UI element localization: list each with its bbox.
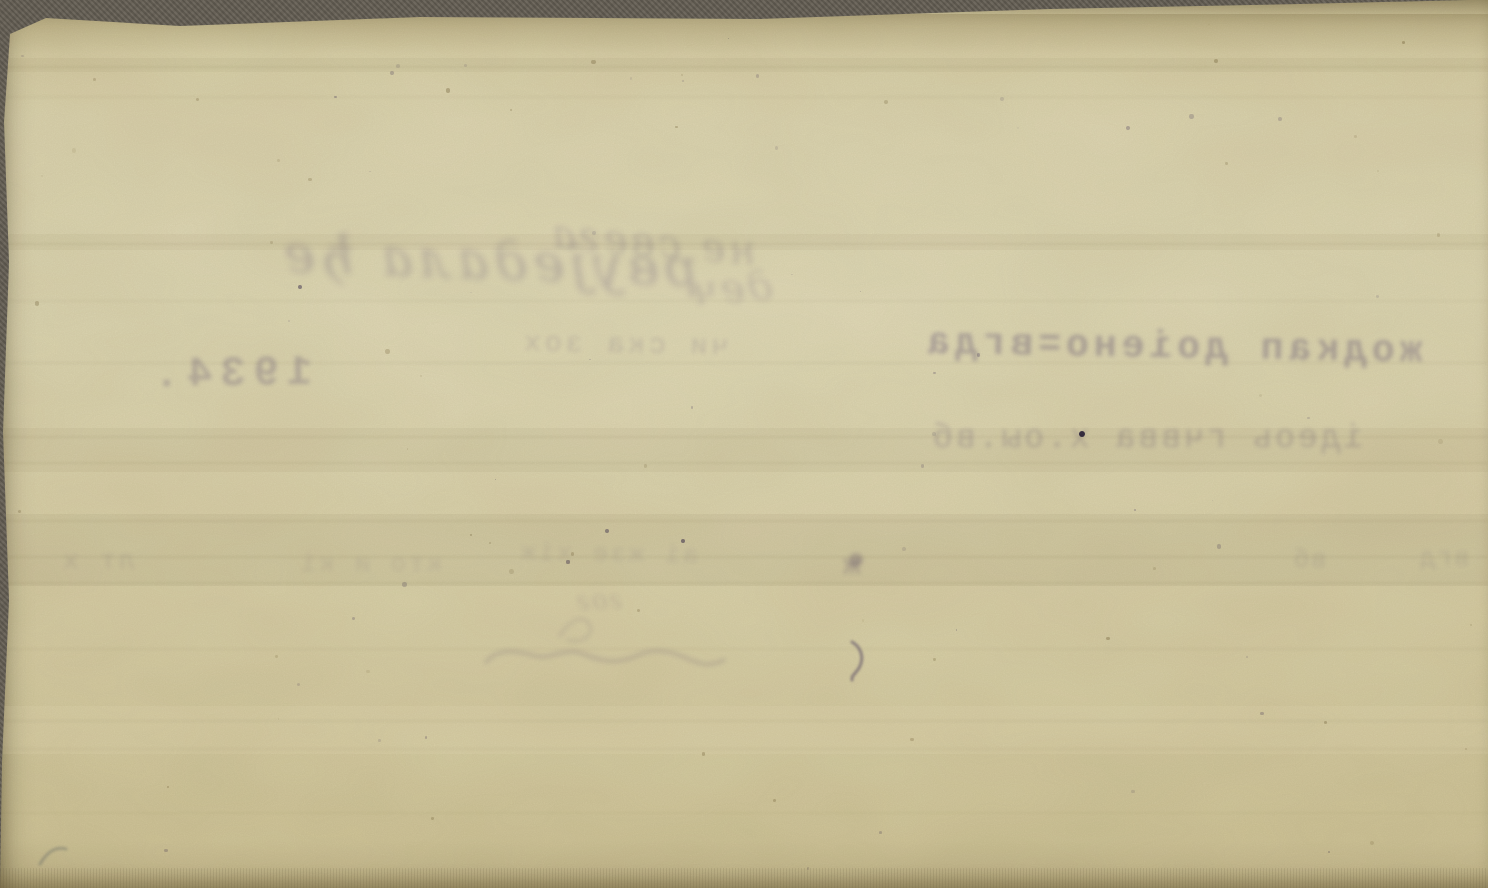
- paper-speck: [1134, 509, 1136, 511]
- paper-speck: [446, 88, 450, 92]
- paper-speck: [682, 80, 684, 82]
- paper-speck: [571, 552, 575, 556]
- paper-speck: [1246, 656, 1248, 658]
- paper-speck: [933, 658, 935, 660]
- paper-speck: [775, 146, 779, 150]
- paper-speck: [1328, 851, 1330, 853]
- paper-speck: [932, 432, 936, 436]
- paper-speck: [691, 406, 693, 408]
- paper-speck: [35, 301, 39, 305]
- paper-speck: [366, 670, 369, 673]
- paper-speck: [1438, 439, 1442, 443]
- paper-speck: [334, 96, 336, 98]
- paper-speck: [93, 78, 96, 81]
- paper-speck: [1377, 170, 1379, 172]
- paper-sheet: рвуједала ђене свегадеч1934.чи ска зохжо…: [0, 0, 1488, 888]
- paper-speck: [862, 619, 864, 621]
- paper-grain: [0, 0, 1488, 888]
- paper-speck: [378, 739, 380, 741]
- paper-speck: [1189, 114, 1193, 118]
- paper-speck: [756, 74, 760, 78]
- paper-speck: [910, 738, 914, 742]
- paper-speck: [1153, 567, 1156, 570]
- paper-speck: [288, 320, 290, 322]
- paper-speck: [644, 464, 647, 467]
- paper-speck: [921, 464, 924, 467]
- paper-speck: [977, 353, 981, 357]
- paper-speck: [167, 786, 169, 788]
- paper-speck: [807, 867, 810, 870]
- bottom-edge-texture: [0, 868, 1488, 888]
- paper-speck: [1214, 59, 1218, 63]
- paper-speck: [902, 547, 906, 551]
- paper-speck: [509, 569, 514, 574]
- paper-speck: [510, 109, 512, 111]
- paper-speck: [1354, 135, 1357, 138]
- paper-speck: [402, 582, 406, 586]
- paper-speck: [72, 148, 76, 152]
- paper-speck: [390, 71, 394, 75]
- paper-speck: [1376, 295, 1379, 298]
- paper-speck: [681, 74, 683, 76]
- paper-speck: [1402, 41, 1405, 44]
- paper-speck: [464, 64, 467, 67]
- paper-speck: [1000, 97, 1004, 101]
- paper-speck: [630, 77, 632, 79]
- paper-speck: [275, 655, 278, 658]
- paper-speck: [675, 126, 678, 129]
- paper-speck: [1370, 841, 1374, 845]
- scanned-page: рвуједала ђене свегадеч1934.чи ска зохжо…: [0, 0, 1488, 888]
- paper-speck: [879, 831, 882, 834]
- paper-speck: [41, 175, 43, 177]
- paper-speck: [385, 349, 389, 353]
- paper-speck: [369, 171, 371, 173]
